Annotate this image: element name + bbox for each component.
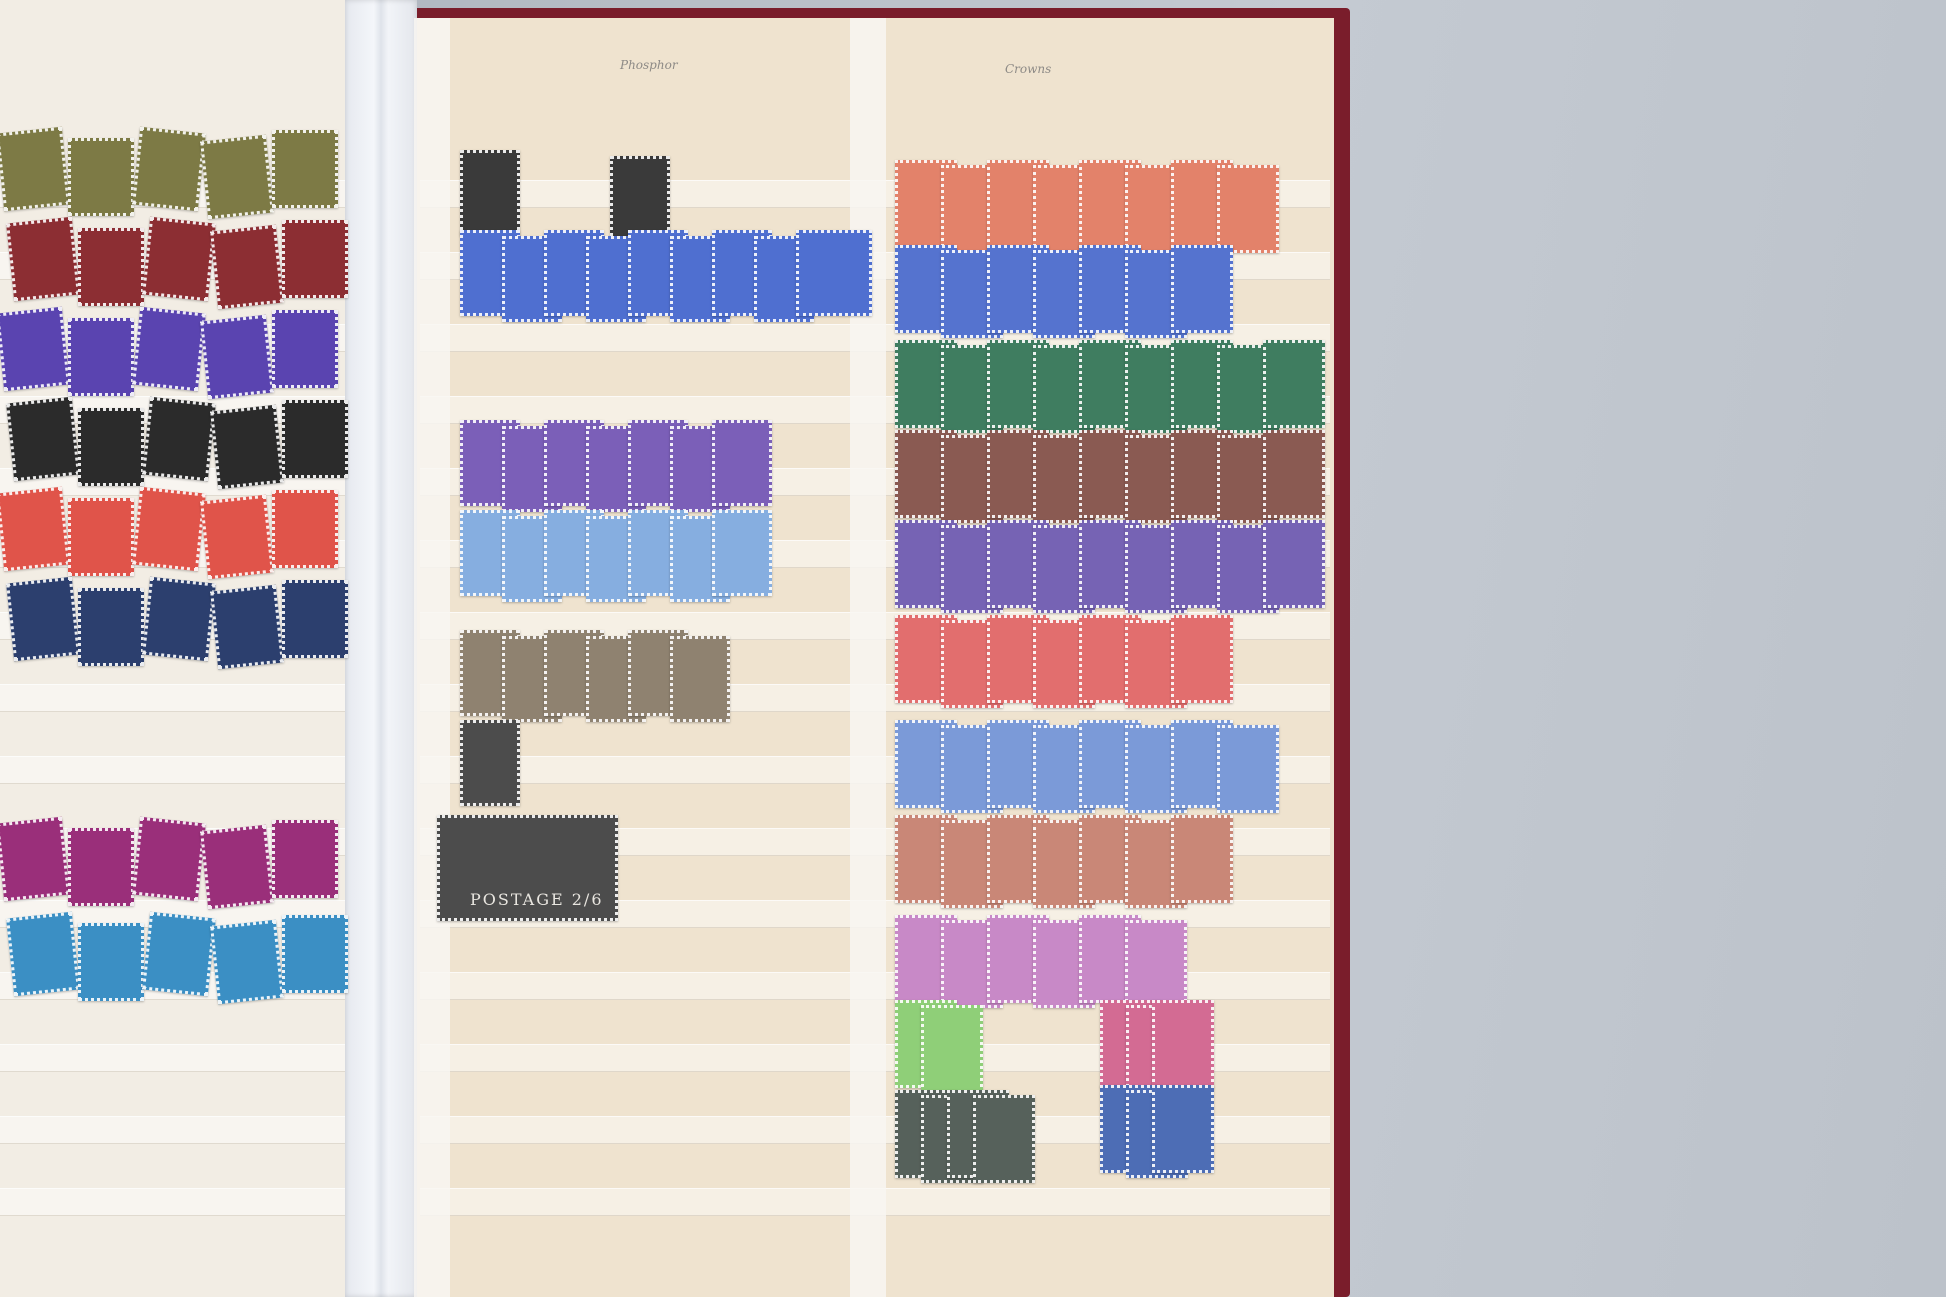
stamp [973,1095,1035,1183]
stamp [712,420,772,506]
stamp [6,577,80,661]
stamp [1171,615,1233,703]
stamp [0,307,70,391]
stockbook-strip [0,756,345,784]
stamp [272,490,338,568]
stamp [78,228,144,306]
stamp [921,1005,983,1093]
column-label-right: Crowns [1005,62,1051,76]
column-label-left: Phosphor [620,58,678,72]
stamp [68,138,134,216]
stamp [1125,920,1187,1008]
stamp [210,920,284,1004]
stamp [460,720,520,806]
stamp [68,318,134,396]
stamp [282,220,348,298]
stamp [78,588,144,666]
stockbook-strip [0,1044,345,1072]
stamp [78,923,144,1001]
stamp [68,828,134,906]
stamp [1171,245,1233,333]
stamp [142,577,216,661]
stamp [0,817,70,901]
stamp [796,230,872,316]
stamp [210,225,284,309]
stamp [712,510,772,596]
stockbook-strip [0,1188,345,1216]
stamp [200,495,274,579]
page-divider [414,18,450,1297]
stamp [1263,430,1325,518]
stamp [132,817,206,901]
stamp [6,397,80,481]
album-spine-binding [345,0,417,1297]
stamp [68,498,134,576]
stamp [1263,340,1325,428]
stamp [210,405,284,489]
stamp [132,127,206,211]
stamp [200,135,274,219]
stamp [210,585,284,669]
stamp [282,580,348,658]
stamp [0,487,70,571]
stockbook-strip [0,1116,345,1144]
stamp [6,912,80,996]
stamp [670,636,730,722]
stamp [1171,815,1233,903]
stamp [1152,1085,1214,1173]
page-divider [850,18,886,1297]
stamp [142,217,216,301]
stamp [142,397,216,481]
castle-stamp-text: POSTAGE 2/6 [470,890,604,909]
stamp [460,150,520,236]
stamp [132,487,206,571]
stockbook-strip [0,684,345,712]
stamp [78,408,144,486]
stamp [200,825,274,909]
stamp [0,127,70,211]
stamp [282,400,348,478]
stamp [272,310,338,388]
stamp [272,820,338,898]
stamp [142,912,216,996]
stamp [1263,520,1325,608]
stamp [1217,165,1279,253]
stamp [200,315,274,399]
stamp [1217,725,1279,813]
stamp [6,217,80,301]
stamp [272,130,338,208]
stamp [282,915,348,993]
stamp [1152,1000,1214,1088]
stamp [132,307,206,391]
